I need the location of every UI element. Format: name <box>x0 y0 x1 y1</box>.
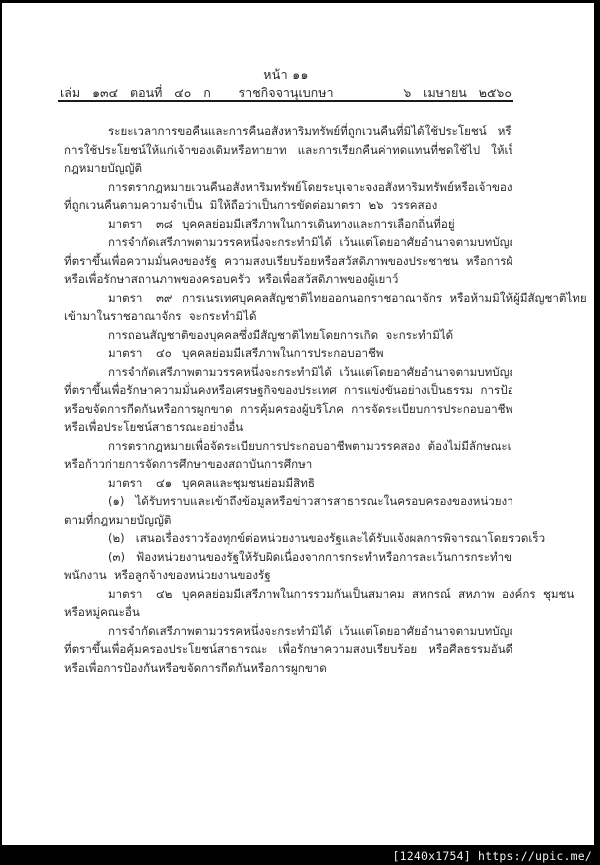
line-text: (๒) เสนอเรื่องราวร้องทุกข์ต่อหน่วยงานของ… <box>108 531 545 545</box>
line-text: หรือเพื่อประโยชน์สาธารณะอย่างอื่น <box>64 420 243 434</box>
section-label: มาตรา <box>108 344 156 363</box>
section-heading-line: มาตรา๓๘บุคคลย่อมมีเสรีภาพในการเดินทางและ… <box>64 215 512 234</box>
line-text: ที่ตราขึ้นเพื่อความมั่นคงของรัฐ ความสงบเ… <box>64 254 512 268</box>
line-text: การจำกัดเสรีภาพตามวรรคหนึ่งจะกระทำมิได้ … <box>108 365 512 379</box>
text-line: การจำกัดเสรีภาพตามวรรคหนึ่งจะกระทำมิได้ … <box>64 622 512 641</box>
line-text: การเนรเทศบุคคลสัญชาติไทยออกนอกราชอาณาจัก… <box>182 291 587 305</box>
line-text: การจำกัดเสรีภาพตามวรรคหนึ่งจะกระทำมิได้ … <box>108 624 512 638</box>
line-text: หรือเพื่อการป้องกันหรือขจัดการกีดกันหรือ… <box>64 661 327 675</box>
line-text: (๓) ฟ้องหน่วยงานของรัฐให้รับผิดเนื่องจาก… <box>108 550 512 564</box>
line-text: กฎหมายบัญญัติ <box>64 161 142 175</box>
text-line: การตรากฎหมายเพื่อจัดระเบียบการประกอบอาชี… <box>64 437 512 456</box>
text-line: หรือเพื่อรักษาสถานภาพของครอบครัว หรือเพื… <box>64 270 512 289</box>
image-watermark: [1240x1754] https://upic.me/ <box>393 849 592 863</box>
line-text: (๑) ได้รับทราบและเข้าถึงข้อมูลหรือข่าวสา… <box>108 494 512 508</box>
line-text: บุคคลและชุมชนย่อมมีสิทธิ <box>182 476 315 490</box>
section-number: ๔๒ <box>156 585 182 604</box>
line-text: หรือเพื่อรักษาสถานภาพของครอบครัว หรือเพื… <box>64 272 398 286</box>
section-number: ๓๘ <box>156 215 182 234</box>
section-heading-line: มาตรา๓๙การเนรเทศบุคคลสัญชาติไทยออกนอกราช… <box>64 289 512 308</box>
line-text: พนักงาน หรือลูกจ้างของหน่วยงานของรัฐ <box>64 568 271 582</box>
line-text: บุคคลย่อมมีเสรีภาพในการรวมกันเป็นสมาคม ส… <box>182 587 574 601</box>
text-line: การถอนสัญชาติของบุคคลซึ่งมีสัญชาติไทยโดย… <box>64 326 512 345</box>
header-divider <box>58 100 513 102</box>
text-line: เข้ามาในราชอาณาจักร จะกระทำมิได้ <box>64 307 512 326</box>
line-text: บุคคลย่อมมีเสรีภาพในการเดินทางและการเลือ… <box>182 217 455 231</box>
line-text: หรือขจัดการกีดกันหรือการผูกขาด การคุ้มคร… <box>64 402 512 416</box>
section-heading-line: มาตรา๔๐บุคคลย่อมมีเสรีภาพในการประกอบอาชี… <box>64 344 512 363</box>
gazette-page: หน้า ๑๑ เล่ม ๑๓๔ ตอนที่ ๔๐ ก ราชกิจจานุเ… <box>2 3 594 845</box>
text-line: ระยะเวลาการขอคืนและการคืนอสังหาริมทรัพย์… <box>64 122 512 141</box>
page-number: หน้า ๑๑ <box>2 65 570 85</box>
section-number: ๓๙ <box>156 289 182 308</box>
page-header: เล่ม ๑๓๔ ตอนที่ ๔๐ ก ราชกิจจานุเบกษา ๖ เ… <box>60 83 512 99</box>
text-line: พนักงาน หรือลูกจ้างของหน่วยงานของรัฐ <box>64 566 512 585</box>
section-heading-line: มาตรา๔๒บุคคลย่อมมีเสรีภาพในการรวมกันเป็น… <box>64 585 512 604</box>
text-line: กฎหมายบัญญัติ <box>64 159 512 178</box>
line-text: ตามที่กฎหมายบัญญัติ <box>64 513 171 527</box>
text-line: การจำกัดเสรีภาพตามวรรคหนึ่งจะกระทำมิได้ … <box>64 363 512 382</box>
text-line: การตรากฎหมายเวนคืนอสังหาริมทรัพย์โดยระบุ… <box>64 178 512 197</box>
line-text: การตรากฎหมายเวนคืนอสังหาริมทรัพย์โดยระบุ… <box>108 180 512 194</box>
line-text: หรือหมู่คณะอื่น <box>64 605 140 619</box>
section-label: มาตรา <box>108 474 156 493</box>
text-line: หรือเพื่อประโยชน์สาธารณะอย่างอื่น <box>64 418 512 437</box>
text-line: ที่ตราขึ้นเพื่อรักษาความมั่นคงหรือเศรษฐก… <box>64 381 512 400</box>
text-line: ที่ถูกเวนคืนตามความจำเป็น มิให้ถือว่าเป็… <box>64 196 512 215</box>
line-text: ระยะเวลาการขอคืนและการคืนอสังหาริมทรัพย์… <box>108 124 512 138</box>
text-line: หรือหมู่คณะอื่น <box>64 603 512 622</box>
line-text: การใช้ประโยชน์ให้แก่เจ้าของเดิมหรือทายาท… <box>64 143 512 157</box>
line-text: หรือก้าวก่ายการจัดการศึกษาของสถาบันการศึ… <box>64 457 312 471</box>
section-label: มาตรา <box>108 289 156 308</box>
text-line: ที่ตราขึ้นเพื่อความมั่นคงของรัฐ ความสงบเ… <box>64 252 512 271</box>
section-label: มาตรา <box>108 585 156 604</box>
text-line: การใช้ประโยชน์ให้แก่เจ้าของเดิมหรือทายาท… <box>64 141 512 160</box>
section-number: ๔๑ <box>156 474 182 493</box>
text-line: (๑) ได้รับทราบและเข้าถึงข้อมูลหรือข่าวสา… <box>64 492 512 511</box>
section-heading-line: มาตรา๔๑บุคคลและชุมชนย่อมมีสิทธิ <box>64 474 512 493</box>
line-text: บุคคลย่อมมีเสรีภาพในการประกอบอาชีพ <box>182 346 384 360</box>
text-line: (๓) ฟ้องหน่วยงานของรัฐให้รับผิดเนื่องจาก… <box>64 548 512 567</box>
line-text: ที่ถูกเวนคืนตามความจำเป็น มิให้ถือว่าเป็… <box>64 198 437 212</box>
section-number: ๔๐ <box>156 344 182 363</box>
text-line: หรือก้าวก่ายการจัดการศึกษาของสถาบันการศึ… <box>64 455 512 474</box>
text-line: หรือขจัดการกีดกันหรือการผูกขาด การคุ้มคร… <box>64 400 512 419</box>
line-text: ที่ตราขึ้นเพื่อคุ้มครองประโยชน์สาธารณะ เ… <box>64 642 512 656</box>
line-text: การตรากฎหมายเพื่อจัดระเบียบการประกอบอาชี… <box>108 439 512 453</box>
text-line: ตามที่กฎหมายบัญญัติ <box>64 511 512 530</box>
line-text: การถอนสัญชาติของบุคคลซึ่งมีสัญชาติไทยโดย… <box>108 328 453 342</box>
section-label: มาตรา <box>108 215 156 234</box>
text-line: (๒) เสนอเรื่องราวร้องทุกข์ต่อหน่วยงานของ… <box>64 529 512 548</box>
text-line: การจำกัดเสรีภาพตามวรรคหนึ่งจะกระทำมิได้ … <box>64 233 512 252</box>
document-body: ระยะเวลาการขอคืนและการคืนอสังหาริมทรัพย์… <box>64 122 512 677</box>
text-line: ที่ตราขึ้นเพื่อคุ้มครองประโยชน์สาธารณะ เ… <box>64 640 512 659</box>
line-text: ที่ตราขึ้นเพื่อรักษาความมั่นคงหรือเศรษฐก… <box>64 383 512 397</box>
text-line: หรือเพื่อการป้องกันหรือขจัดการกีดกันหรือ… <box>64 659 512 678</box>
line-text: การจำกัดเสรีภาพตามวรรคหนึ่งจะกระทำมิได้ … <box>108 235 512 249</box>
line-text: เข้ามาในราชอาณาจักร จะกระทำมิได้ <box>64 309 257 323</box>
